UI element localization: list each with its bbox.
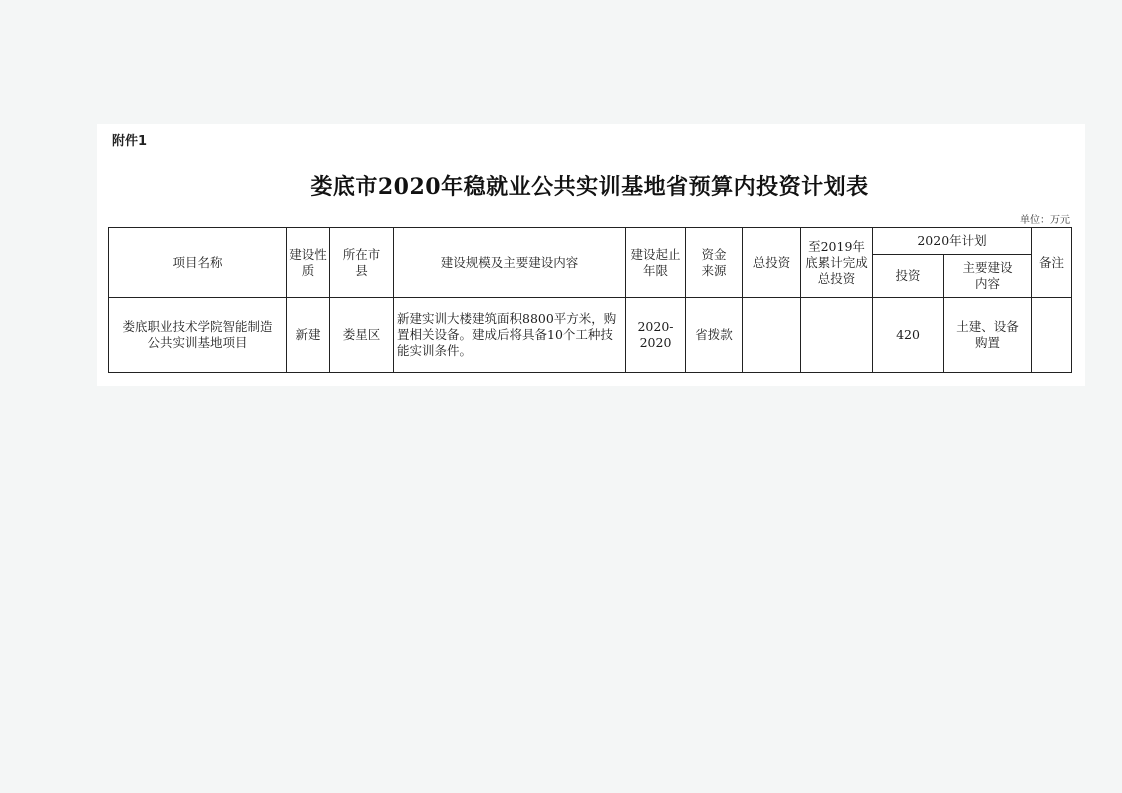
header-plan-2020: 2020年计划 — [873, 228, 1032, 255]
header-total-investment: 总投资 — [743, 228, 801, 298]
document-title: 娄底市2020年稳就业公共实训基地省预算内投资计划表 — [108, 170, 1071, 201]
attachment-label: 附件1 — [112, 130, 147, 149]
unit-label: 单位：万元 — [960, 211, 1070, 226]
cell-total-investment — [743, 298, 801, 373]
header-plan-2020-investment: 投资 — [873, 255, 944, 298]
cell-plan-2020-investment: 420 — [873, 298, 944, 373]
cell-project-name: 娄底职业技术学院智能制造公共实训基地项目 — [109, 298, 287, 373]
cell-period: 2020-2020 — [626, 298, 686, 373]
header-period: 建设起止年限 — [626, 228, 686, 298]
cell-plan-2020-content: 土建、设备购置 — [944, 298, 1032, 373]
cell-scale-content: 新建实训大楼建筑面积8800平方米，购置相关设备。建成后将具备10个工种技能实训… — [394, 298, 626, 373]
header-location: 所在市县 — [330, 228, 394, 298]
cell-remarks — [1032, 298, 1072, 373]
header-fund-source: 资金来源 — [686, 228, 743, 298]
table-row: 娄底职业技术学院智能制造公共实训基地项目 新建 娄星区 新建实训大楼建筑面积88… — [109, 298, 1072, 373]
header-scale-content: 建设规模及主要建设内容 — [394, 228, 626, 298]
header-nature: 建设性质 — [287, 228, 330, 298]
cell-fund-source: 省拨款 — [686, 298, 743, 373]
cell-cumulative-2019 — [801, 298, 873, 373]
investment-plan-table: 项目名称 建设性质 所在市县 建设规模及主要建设内容 建设起止年限 资金来源 总… — [108, 227, 1072, 373]
cell-nature: 新建 — [287, 298, 330, 373]
header-cumulative-2019: 至2019年底累计完成总投资 — [801, 228, 873, 298]
header-plan-2020-content: 主要建设内容 — [944, 255, 1032, 298]
cell-location: 娄星区 — [330, 298, 394, 373]
header-project-name: 项目名称 — [109, 228, 287, 298]
header-remarks: 备注 — [1032, 228, 1072, 298]
